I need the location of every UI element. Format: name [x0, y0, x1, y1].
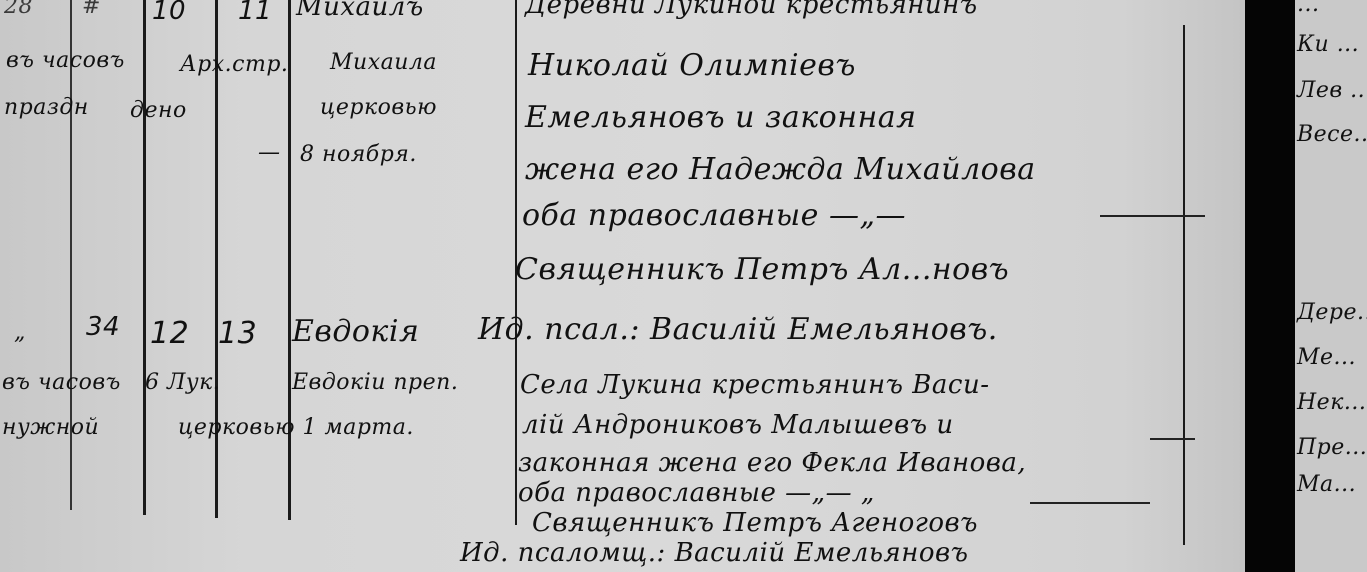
entry2-parents-4: оба православные —„— „ — [518, 478, 875, 508]
entry1-birth-day: 10 — [152, 0, 186, 26]
entry1-name-feast-3: 8 ноября. — [300, 142, 417, 167]
facing-line: Весе... — [1297, 122, 1367, 147]
entry2-parents-1: Села Лукина крестьянинъ Васи- — [520, 370, 989, 400]
entry1-name-feast-2: церковью — [320, 95, 437, 120]
entry1-parents-4: жена его Надежда Михайлова — [525, 152, 1036, 187]
entry2-col1-mark: „ — [14, 320, 26, 345]
entry2-col1-line3: нужной — [2, 415, 99, 440]
dash-mark — [1150, 438, 1195, 440]
entry2-godparent-head: Ид. псал.: Василiй Емельяновъ. — [478, 312, 998, 347]
column-rule — [215, 0, 218, 518]
entry2-child-name: Евдокiя — [292, 314, 419, 349]
column-rule — [1183, 25, 1185, 545]
column-rule — [288, 0, 291, 520]
entry2-parents-3: законная жена его Фекла Иванова, — [518, 448, 1026, 478]
column-rule — [143, 0, 146, 515]
facing-line: Ме... — [1297, 345, 1356, 370]
entry1-col1-line2: въ часовъ — [6, 48, 125, 73]
entry2-name-feast-1: Евдокiи преп. — [292, 370, 458, 395]
entry2-baptism-note: 6 Лук. — [145, 370, 220, 395]
entry2-entry-number: 34 — [86, 312, 120, 342]
entry2-parents-2: лiй Андрониковъ Малышевъ и — [522, 410, 954, 440]
book-gutter — [1245, 0, 1295, 572]
entry1-baptism-note-2: дено — [130, 98, 187, 123]
entry1-parents-5: оба православные —„— — [522, 198, 906, 233]
facing-line: Пре... — [1297, 435, 1367, 460]
register-page: 28 # 10 11 Михаилъ въ часовъ Арх.стр. Ми… — [0, 0, 1245, 572]
facing-line: Нек... — [1297, 390, 1366, 415]
dash-mark — [1030, 502, 1150, 504]
facing-line: Ки ... — [1297, 32, 1359, 57]
entry2-col1-line2: въ часовъ — [2, 370, 121, 395]
entry1-col2-mark: # — [82, 0, 101, 19]
facing-line: Ма... — [1297, 472, 1356, 497]
entry2-birth-day: 12 — [150, 316, 189, 351]
entry1-baptism-note: Арх.стр. — [180, 52, 288, 77]
entry1-dash: — — [258, 140, 281, 165]
entry1-col1-number: 28 — [4, 0, 33, 19]
entry1-baptism-day: 11 — [238, 0, 272, 26]
facing-line: Лев ... — [1297, 78, 1367, 103]
entry2-name-feast-2: церковью 1 марта. — [178, 415, 414, 440]
entry1-name-feast-1: Михаила — [330, 50, 437, 75]
facing-line: Дере... — [1297, 300, 1367, 325]
entry2-footer-line: Ид. псаломщ.: Василiй Емельяновъ — [460, 538, 968, 568]
entry1-godparent: Священникъ Петръ Ал...новъ — [515, 252, 1009, 287]
entry1-parents-3: Емельяновъ и законная — [525, 100, 917, 135]
dash-mark — [1100, 215, 1205, 217]
facing-line: ... — [1297, 0, 1319, 17]
entry1-child-name: Михаилъ — [296, 0, 424, 22]
entry1-col1-line3: праздн — [4, 95, 89, 120]
entry2-baptism-day: 13 — [218, 316, 257, 351]
facing-page: ... Ки ... Лев ... Весе... Дере... Ме...… — [1295, 0, 1367, 572]
entry2-godparent: Священникъ Петръ Агеноговъ — [532, 508, 978, 538]
entry1-parents-1: Деревни Лукиной крестьянинъ — [525, 0, 978, 20]
entry1-parents-2: Николай Олимпiевъ — [528, 48, 856, 83]
